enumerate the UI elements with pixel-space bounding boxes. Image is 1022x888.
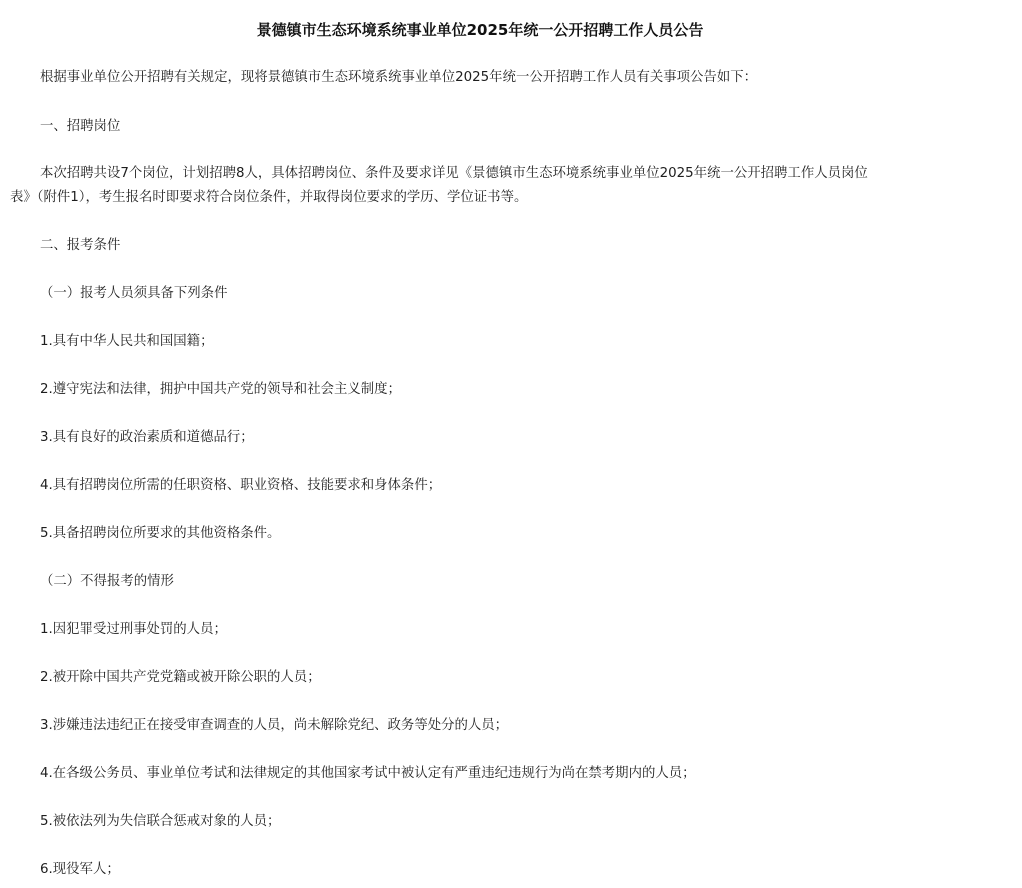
announcement-document: 景德镇市生态环境系统事业单位2025年统一公开招聘工作人员公告 根据事业单位公开… — [0, 0, 1022, 888]
exclusion-item: 1.因犯罪受过刑事处罚的人员； — [40, 620, 227, 640]
section-heading-positions: 一、招聘岗位 — [40, 117, 120, 137]
exclusion-item: 3.涉嫌违法违纪正在接受审查调查的人员，尚未解除党纪、政务等处分的人员； — [40, 716, 508, 736]
exclusion-item: 4.在各级公务员、事业单位考试和法律规定的其他国家考试中被认定有严重违纪违规行为… — [40, 764, 696, 784]
page-title: 景德镇市生态环境系统事业单位2025年统一公开招聘工作人员公告 — [0, 20, 960, 40]
section-heading-conditions: 二、报考条件 — [40, 236, 120, 256]
requirement-item: 2.遵守宪法和法律，拥护中国共产党的领导和社会主义制度； — [40, 380, 401, 400]
positions-paragraph-line2: 表》（附件1），考生报名时即要求符合岗位条件，并取得岗位要求的学历、学位证书等。 — [10, 188, 527, 208]
subsection-heading-exclusions: （二）不得报考的情形 — [40, 572, 174, 592]
intro-paragraph: 根据事业单位公开招聘有关规定，现将景德镇市生态环境系统事业单位2025年统一公开… — [40, 68, 757, 88]
subsection-heading-requirements: （一）报考人员须具备下列条件 — [40, 284, 227, 304]
exclusion-item: 2.被开除中国共产党党籍或被开除公职的人员； — [40, 668, 321, 688]
exclusion-item: 5.被依法列为失信联合惩戒对象的人员； — [40, 812, 280, 832]
requirement-item: 3.具有良好的政治素质和道德品行； — [40, 428, 254, 448]
requirement-item: 4.具有招聘岗位所需的任职资格、职业资格、技能要求和身体条件； — [40, 476, 441, 496]
exclusion-item: 6.现役军人； — [40, 860, 120, 880]
requirement-item: 1.具有中华人民共和国国籍； — [40, 332, 213, 352]
requirement-item: 5.具备招聘岗位所要求的其他资格条件。 — [40, 524, 280, 544]
positions-paragraph-line1: 本次招聘共设7个岗位，计划招聘8人，具体招聘岗位、条件及要求详见《景德镇市生态环… — [40, 164, 868, 184]
